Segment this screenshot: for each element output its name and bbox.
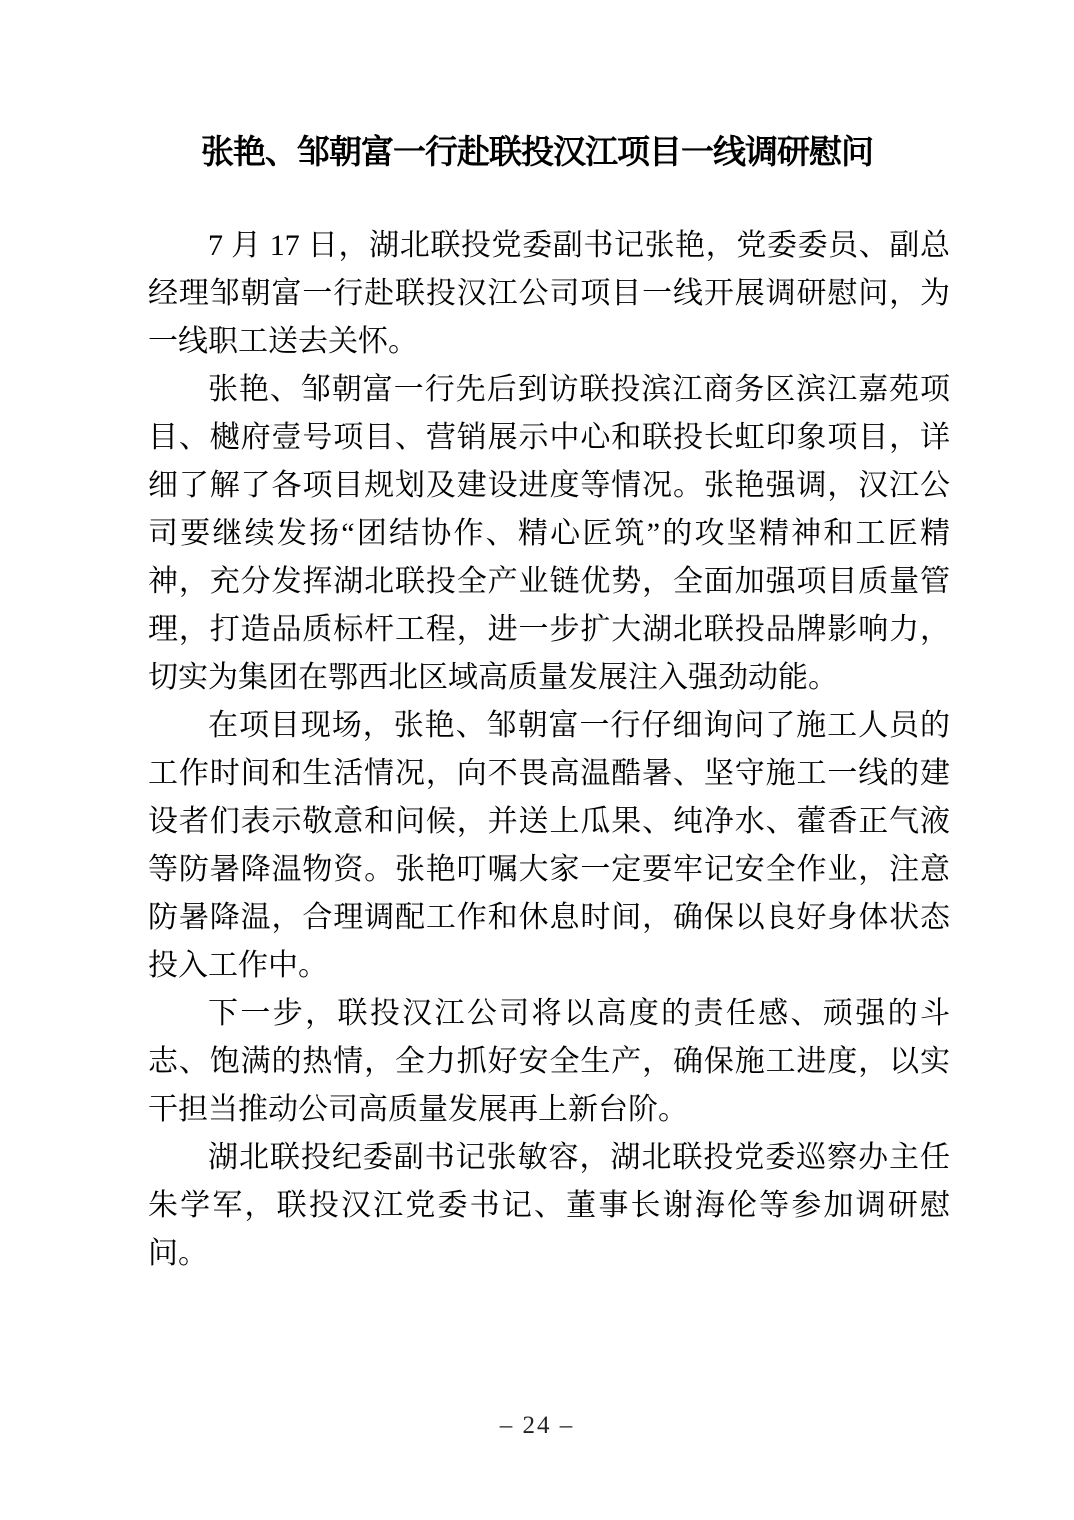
paragraph: 下一步，联投汉江公司将以高度的责任感、顽强的斗志、饱满的热情，全力抓好安全生产，… <box>148 990 950 1134</box>
paragraph: 湖北联投纪委副书记张敏容，湖北联投党委巡察办主任朱学军，联投汉江党委书记、董事长… <box>148 1134 950 1278</box>
document-page: 张艳、邹朝富一行赴联投汉江项目一线调研慰问 7 月 17 日，湖北联投党委副书记… <box>0 0 1074 1520</box>
document-body: 7 月 17 日，湖北联投党委副书记张艳，党委委员、副总经理邹朝富一行赴联投汉江… <box>148 222 950 1278</box>
document-title: 张艳、邹朝富一行赴联投汉江项目一线调研慰问 <box>90 126 984 173</box>
paragraph: 7 月 17 日，湖北联投党委副书记张艳，党委委员、副总经理邹朝富一行赴联投汉江… <box>148 222 950 366</box>
paragraph: 张艳、邹朝富一行先后到访联投滨江商务区滨江嘉苑项目、樾府壹号项目、营销展示中心和… <box>148 366 950 702</box>
page-footer: – 24 – <box>0 1412 1074 1440</box>
paragraph: 在项目现场，张艳、邹朝富一行仔细询问了施工人员的工作时间和生活情况，向不畏高温酷… <box>148 702 950 990</box>
page-number: – 24 – <box>500 1412 575 1439</box>
